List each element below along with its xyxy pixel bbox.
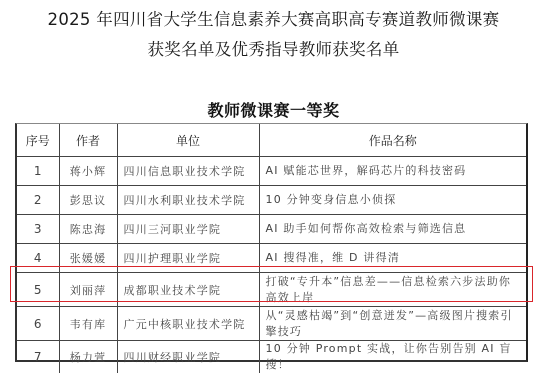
table-row: 7 杨力萱 四川财经职业学院 10 分钟 Prompt 实战，让你告别告别 AI… bbox=[17, 341, 526, 374]
header-index: 序号 bbox=[17, 124, 59, 157]
cell-index: 7 bbox=[17, 341, 59, 374]
cell-unit: 成都职业技术学院 bbox=[117, 273, 259, 307]
cell-author: 张媛媛 bbox=[59, 244, 117, 273]
cell-work: 10 分钟 Prompt 实战，让你告别告别 AI 盲搜！ bbox=[259, 341, 526, 374]
table-row: 3 陈忠海 四川三河职业学院 AI 助手如何帮你高效检索与筛选信息 bbox=[17, 215, 526, 244]
cell-index: 4 bbox=[17, 244, 59, 273]
award-table: 序号 作者 单位 作品名称 1 蒋小辉 四川信息职业技术学院 AI 赋能芯世界，… bbox=[15, 123, 528, 362]
cell-author: 杨力萱 bbox=[59, 341, 117, 374]
cell-index: 2 bbox=[17, 186, 59, 215]
table-header-row: 序号 作者 单位 作品名称 bbox=[17, 124, 526, 157]
cell-index: 5 bbox=[17, 273, 59, 307]
table-row-highlighted: 5 刘丽萍 成都职业技术学院 打破“专升本”信息差——信息检索六步法助你高效上岸 bbox=[17, 273, 526, 307]
cell-unit: 广元中核职业技术学院 bbox=[117, 307, 259, 341]
table-row: 6 韦有库 广元中核职业技术学院 从“灵感枯竭”到“创意迸发”—高级图片搜索引擎… bbox=[17, 307, 526, 341]
cell-author: 蒋小辉 bbox=[59, 157, 117, 186]
document-title-line-1: 2025 年四川省大学生信息素养大赛高职高专赛道教师微课赛 bbox=[0, 6, 547, 30]
cell-index: 1 bbox=[17, 157, 59, 186]
cell-work: 从“灵感枯竭”到“创意迸发”—高级图片搜索引擎技巧 bbox=[259, 307, 526, 341]
cell-author: 韦有库 bbox=[59, 307, 117, 341]
cell-author: 刘丽萍 bbox=[59, 273, 117, 307]
cell-index: 6 bbox=[17, 307, 59, 341]
header-work: 作品名称 bbox=[259, 124, 526, 157]
document-title-line-2: 获奖名单及优秀指导教师获奖名单 bbox=[0, 36, 547, 60]
cell-unit: 四川财经职业学院 bbox=[117, 341, 259, 374]
header-author: 作者 bbox=[59, 124, 117, 157]
table-row: 1 蒋小辉 四川信息职业技术学院 AI 赋能芯世界，解码芯片的科技密码 bbox=[17, 157, 526, 186]
cell-unit: 四川信息职业技术学院 bbox=[117, 157, 259, 186]
header-unit: 单位 bbox=[117, 124, 259, 157]
cell-author: 彭思议 bbox=[59, 186, 117, 215]
cell-work: 10 分钟变身信息小侦探 bbox=[259, 186, 526, 215]
cell-work: 打破“专升本”信息差——信息检索六步法助你高效上岸 bbox=[259, 273, 526, 307]
cell-work: AI 搜得准，维 D 讲得清 bbox=[259, 244, 526, 273]
table-row: 2 彭思议 四川水利职业技术学院 10 分钟变身信息小侦探 bbox=[17, 186, 526, 215]
cell-unit: 四川护理职业学院 bbox=[117, 244, 259, 273]
cell-unit: 四川水利职业技术学院 bbox=[117, 186, 259, 215]
cell-work: AI 赋能芯世界，解码芯片的科技密码 bbox=[259, 157, 526, 186]
section-title: 教师微课赛一等奖 bbox=[0, 98, 547, 121]
cell-author: 陈忠海 bbox=[59, 215, 117, 244]
table-row: 4 张媛媛 四川护理职业学院 AI 搜得准，维 D 讲得清 bbox=[17, 244, 526, 273]
cell-unit: 四川三河职业学院 bbox=[117, 215, 259, 244]
cell-work: AI 助手如何帮你高效检索与筛选信息 bbox=[259, 215, 526, 244]
cell-index: 3 bbox=[17, 215, 59, 244]
